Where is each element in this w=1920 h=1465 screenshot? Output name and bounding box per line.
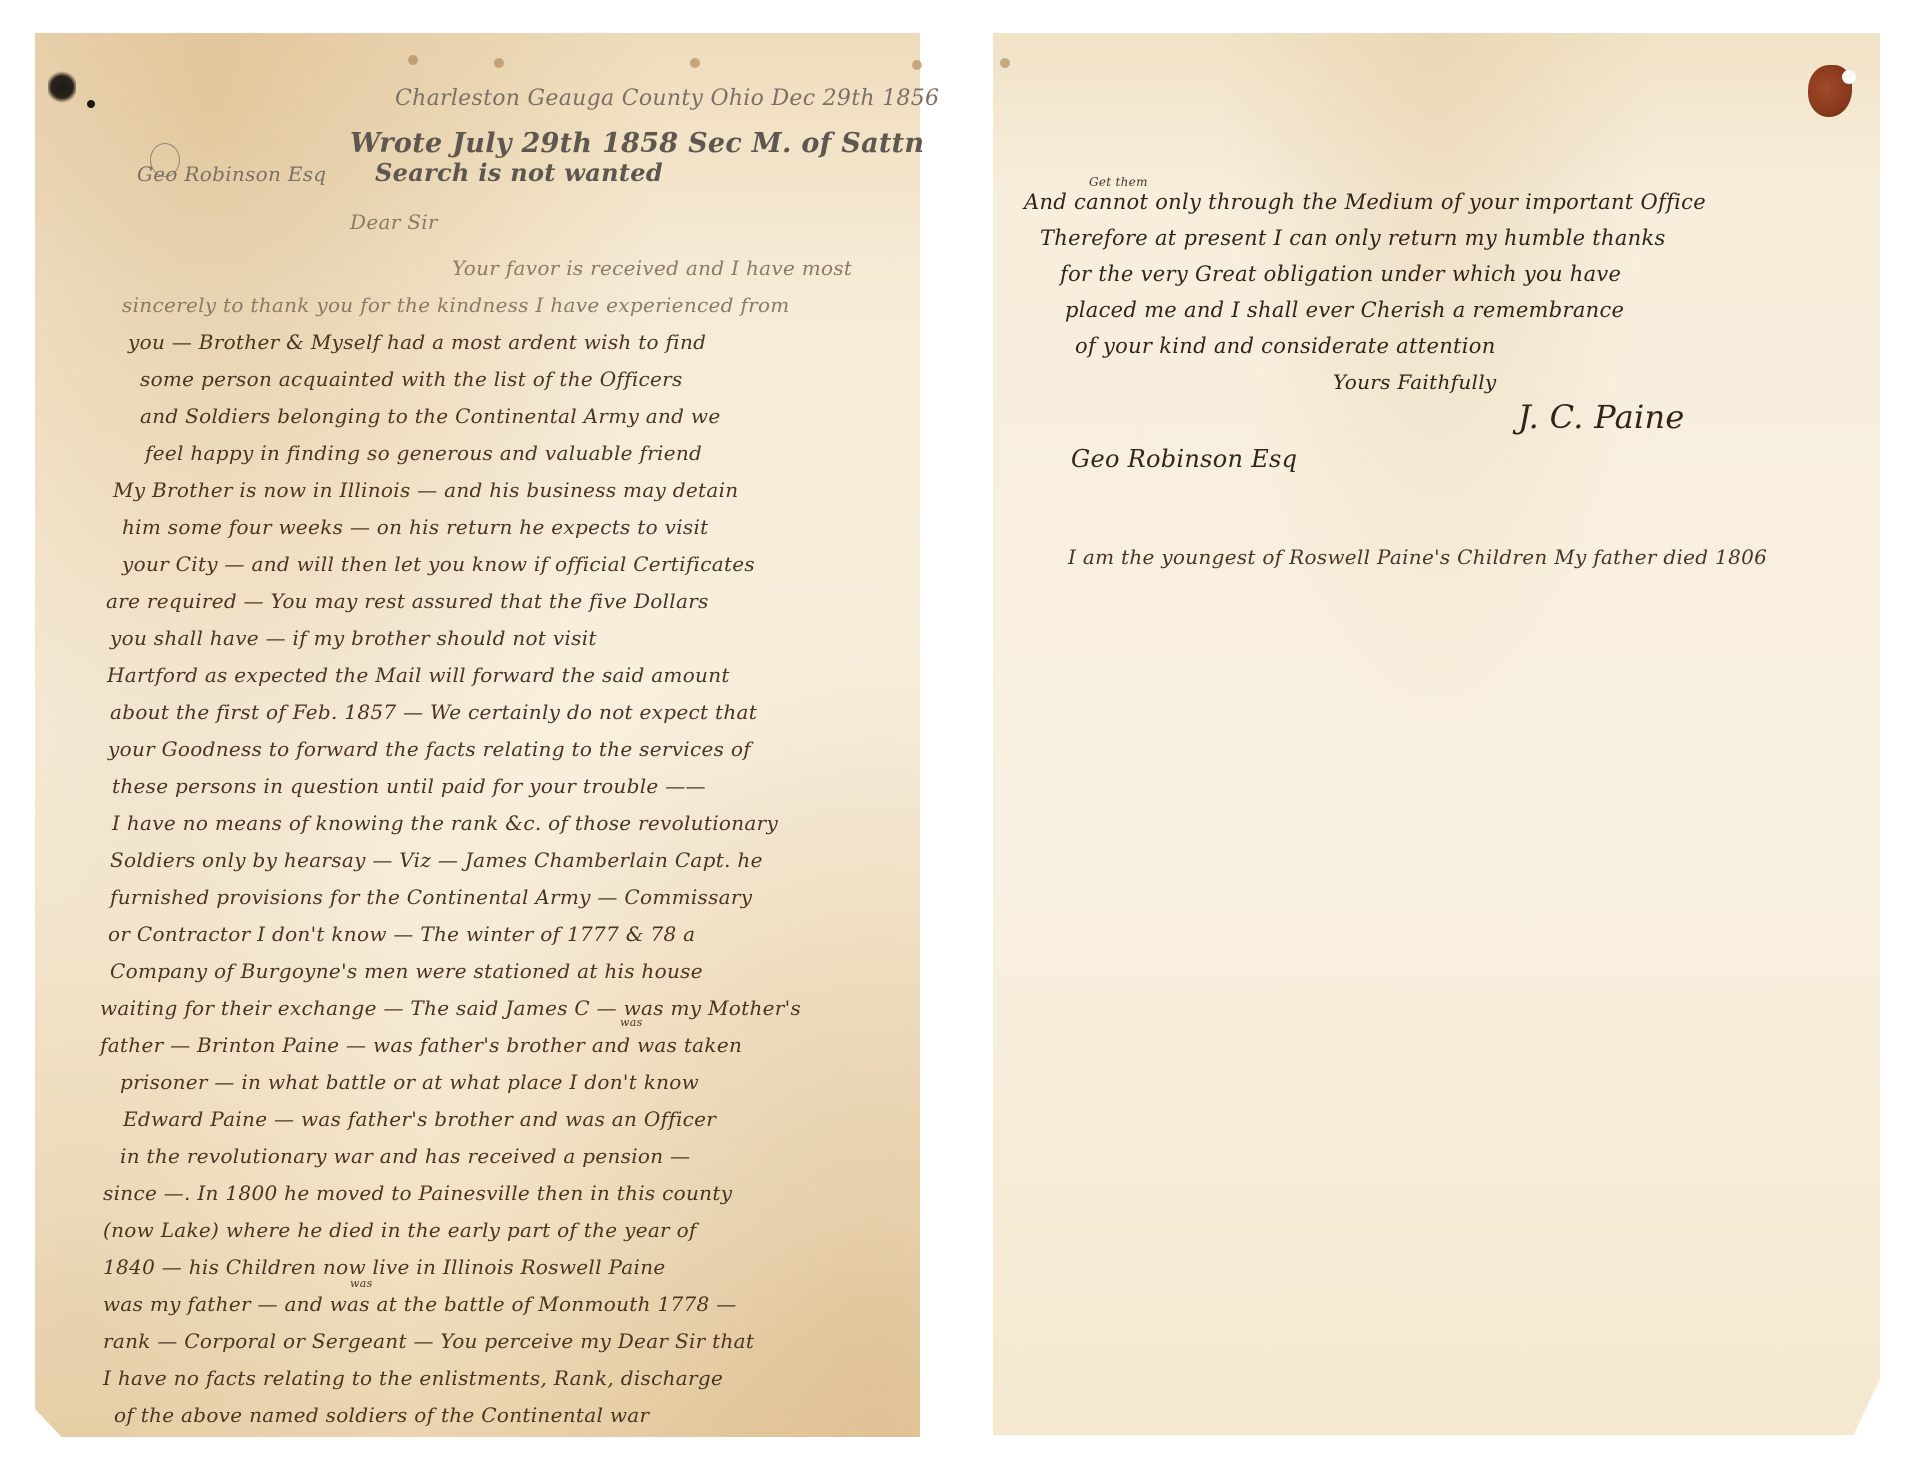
interlinear-was: was — [350, 1277, 373, 1290]
body-line: some person acquainted with the list of … — [140, 367, 683, 391]
body-line: (now Lake) where he died in the early pa… — [103, 1218, 697, 1242]
signature: J. C. Paine — [1518, 398, 1685, 436]
body-line: Edward Paine — was father's brother and … — [123, 1107, 716, 1131]
body-line: feel happy in finding so generous and va… — [145, 441, 702, 465]
body-line: My Brother is now in Illinois — and his … — [113, 478, 738, 502]
body-line: 1840 — his Children now live in Illinois… — [103, 1255, 666, 1279]
closing: Yours Faithfully — [1333, 370, 1497, 394]
body-line: furnished provisions for the Continental… — [110, 885, 752, 909]
body-line: Your favor is received and I have most — [452, 256, 852, 280]
body-line: for the very Great obligation under whic… — [1060, 262, 1621, 286]
pin-hole — [690, 58, 700, 68]
pencil-note-line-1: Wrote July 29th 1858 Sec M. of Sattn — [350, 128, 924, 159]
body-line: Therefore at present I can only return m… — [1040, 226, 1666, 250]
body-line: your City — and will then let you know i… — [122, 552, 755, 576]
body-line: about the first of Feb. 1857 — We certai… — [110, 700, 757, 724]
postscript: I am the youngest of Roswell Paine's Chi… — [1068, 545, 1767, 569]
seal-tear-hole — [1842, 70, 1856, 84]
pin-hole — [494, 58, 504, 68]
body-line: of the above named soldiers of the Conti… — [114, 1403, 649, 1427]
body-line: Company of Burgoyne's men were stationed… — [110, 959, 703, 983]
body-line: I have no means of knowing the rank &c. … — [112, 811, 778, 835]
body-line: Soldiers only by hearsay — Viz — James C… — [110, 848, 763, 872]
pin-hole — [408, 55, 418, 65]
body-line: in the revolutionary war and has receive… — [120, 1144, 690, 1168]
body-line: are required — You may rest assured that… — [106, 589, 709, 613]
addressee-right: Geo Robinson Esq — [1071, 445, 1297, 473]
body-line: sincerely to thank you for the kindness … — [122, 293, 790, 317]
body-line: I have no facts relating to the enlistme… — [103, 1366, 723, 1390]
ink-dot — [87, 100, 95, 108]
pin-hole — [1000, 58, 1010, 68]
salutation: Dear Sir — [350, 210, 438, 234]
ink-blot — [48, 70, 76, 104]
body-line: rank — Corporal or Sergeant — You percei… — [103, 1329, 754, 1353]
interlinear-insert: Get them — [1089, 175, 1148, 189]
body-line: your Goodness to forward the facts relat… — [108, 737, 751, 761]
addressee-left: Geo Robinson Esq — [137, 162, 326, 186]
body-line: these persons in question until paid for… — [112, 774, 706, 798]
body-line: and Soldiers belonging to the Continenta… — [140, 404, 720, 428]
pencil-note-line-2: Search is not wanted — [375, 158, 663, 187]
body-line: since —. In 1800 he moved to Painesville… — [103, 1181, 732, 1205]
body-line: was my father — and was at the battle of… — [103, 1292, 737, 1316]
body-line: prisoner — in what battle or at what pla… — [120, 1070, 699, 1094]
body-line: And cannot only through the Medium of yo… — [1024, 190, 1706, 214]
body-line: you shall have — if my brother should no… — [110, 626, 597, 650]
body-line: placed me and I shall ever Cherish a rem… — [1065, 298, 1624, 322]
pin-hole — [912, 60, 922, 70]
body-line: of your kind and considerate attention — [1075, 334, 1496, 358]
body-line: him some four weeks — on his return he e… — [122, 515, 709, 539]
place-date-line: Charleston Geauga County Ohio Dec 29th 1… — [395, 86, 939, 111]
body-line: or Contractor I don't know — The winter … — [108, 922, 695, 946]
body-line: Hartford as expected the Mail will forwa… — [107, 663, 730, 687]
body-line: waiting for their exchange — The said Ja… — [100, 996, 801, 1020]
body-line: you — Brother & Myself had a most ardent… — [128, 330, 706, 354]
interlinear-was: was — [620, 1016, 643, 1029]
body-line: father — Brinton Paine — was father's br… — [100, 1033, 742, 1057]
